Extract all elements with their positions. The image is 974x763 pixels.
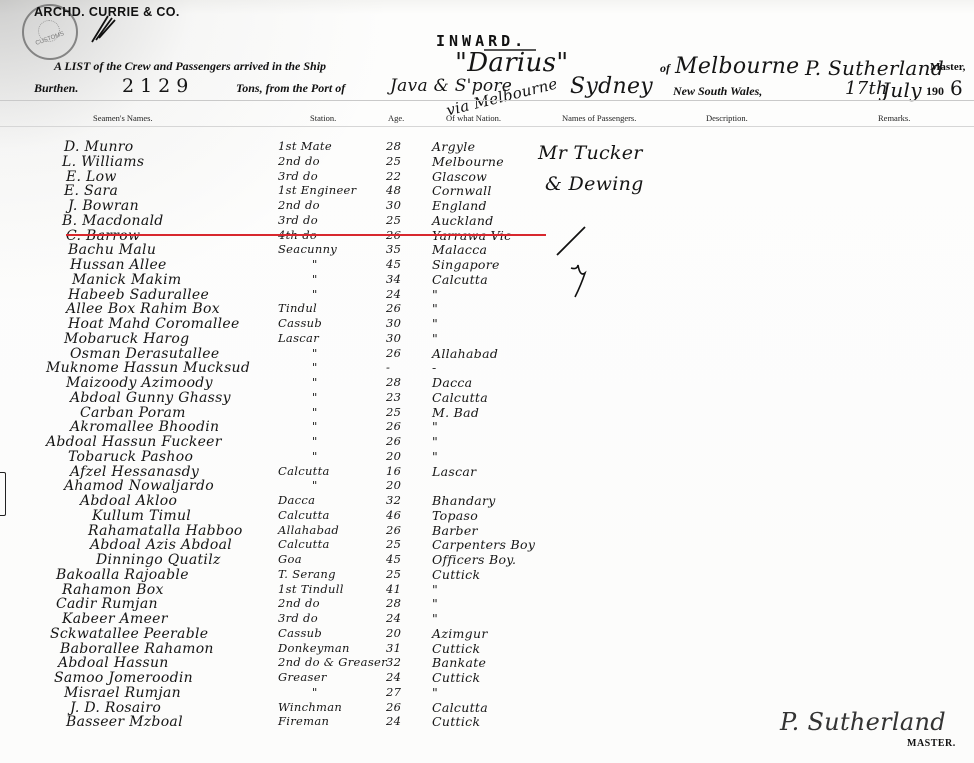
- crew-age: 30: [386, 331, 401, 345]
- crew-nation: ": [432, 316, 438, 331]
- burthen-label: Burthen.: [34, 81, 78, 96]
- crew-station: Goa: [278, 552, 302, 566]
- crew-station: T. Serang: [278, 567, 336, 581]
- crew-age: 24: [386, 611, 401, 625]
- crew-name: L. Williams: [62, 154, 144, 170]
- crew-name: Abdoal Hassun Fuckeer: [46, 434, 222, 450]
- state-label: New South Wales,: [673, 84, 762, 99]
- crew-age: -: [386, 360, 390, 374]
- crew-name: C. Barrow: [66, 228, 140, 244]
- crew-station: ": [312, 360, 318, 374]
- crew-name: Akromallee Bhoodin: [70, 419, 219, 435]
- crew-station: Winchman: [278, 700, 342, 714]
- crew-name: Manick Makim: [72, 272, 181, 288]
- signature-title: MASTER.: [907, 738, 956, 749]
- crew-nation: Barber: [432, 523, 478, 538]
- crew-name: Rahamon Box: [62, 582, 164, 598]
- crew-nation: ": [432, 449, 438, 464]
- crew-name: Samoo Jomeroodin: [54, 670, 193, 686]
- crew-station: Tindul: [278, 301, 317, 315]
- crew-nation: Auckland: [432, 213, 494, 228]
- crew-nation: Argyle: [432, 139, 475, 154]
- col-description: Description.: [706, 113, 748, 123]
- crew-age: 26: [386, 700, 401, 714]
- to-port: Sydney: [570, 74, 653, 99]
- crew-name: Habeeb Sadurallee: [68, 287, 209, 303]
- crew-nation: Cuttick: [432, 714, 480, 729]
- crew-age: 25: [386, 213, 401, 227]
- crew-nation: Cuttick: [432, 670, 480, 685]
- date-month: July: [882, 78, 922, 102]
- col-station: Station.: [310, 113, 336, 123]
- crew-station: Cassub: [278, 316, 322, 330]
- crew-name: D. Munro: [64, 139, 134, 155]
- crew-station: Allahabad: [278, 523, 339, 537]
- ship-name: "Darius": [455, 48, 569, 78]
- burthen-value: 2129: [122, 75, 194, 97]
- crew-name: Abdoal Akloo: [80, 493, 177, 509]
- crew-station: Calcutta: [278, 537, 330, 551]
- crew-name: Osman Derasutallee: [70, 346, 219, 362]
- date-year-handwritten: 6: [950, 76, 963, 100]
- crew-station: 2nd do: [278, 154, 320, 168]
- crew-name: Abdoal Azis Abdoal: [90, 537, 232, 553]
- crew-name: E. Sara: [64, 183, 118, 199]
- master-name: P. Sutherland: [805, 56, 944, 80]
- crew-station: ": [312, 405, 318, 419]
- crew-age: 24: [386, 670, 401, 684]
- list-intro: A LIST of the Crew and Passengers arrive…: [54, 59, 326, 74]
- crew-age: 20: [386, 478, 401, 492]
- crew-age: 25: [386, 567, 401, 581]
- crew-name: Bakoalla Rajoable: [56, 567, 189, 583]
- crew-nation: Lascar: [432, 464, 476, 479]
- crew-name: Kabeer Ameer: [62, 611, 168, 627]
- check-mark-icon: [88, 14, 118, 44]
- crew-age: 31: [386, 641, 401, 655]
- crew-age: 45: [386, 257, 401, 271]
- crew-nation: ": [432, 287, 438, 302]
- crew-name: Mobaruck Harog: [64, 331, 189, 347]
- crew-nation: ": [432, 331, 438, 346]
- column-rule: [0, 126, 974, 127]
- crew-nation: Glascow: [432, 169, 487, 184]
- crew-name: Bachu Malu: [68, 242, 156, 258]
- crew-name: E. Low: [66, 169, 117, 185]
- crew-station: Calcutta: [278, 508, 330, 522]
- crew-nation: ": [432, 434, 438, 449]
- crew-station: Cassub: [278, 626, 322, 640]
- crew-nation: Dacca: [432, 375, 472, 390]
- crew-station: ": [312, 375, 318, 389]
- crew-age: 34: [386, 272, 401, 286]
- crew-name: Maizoody Azimoody: [66, 375, 213, 391]
- crew-age: 20: [386, 626, 401, 640]
- crew-age: 28: [386, 375, 401, 389]
- passenger-name: Mr Tucker: [538, 142, 643, 164]
- crew-name: Kullum Timul: [92, 508, 191, 524]
- col-nation: Of what Nation.: [446, 113, 501, 123]
- crew-nation: ": [432, 582, 438, 597]
- crew-name: J. D. Rosairo: [70, 700, 161, 716]
- crew-age: 26: [386, 301, 401, 315]
- crew-station: 3rd do: [278, 169, 318, 183]
- crew-nation: Allahabad: [432, 346, 498, 361]
- crew-nation: Azimgur: [432, 626, 488, 641]
- crew-age: 25: [386, 154, 401, 168]
- crew-name: Misrael Rumjan: [64, 685, 181, 701]
- crew-station: Calcutta: [278, 464, 330, 478]
- crew-nation: Calcutta: [432, 272, 488, 287]
- crew-age: 26: [386, 346, 401, 360]
- crew-age: 24: [386, 714, 401, 728]
- crew-nation: Cuttick: [432, 641, 480, 656]
- crew-station: Seacunny: [278, 242, 337, 256]
- col-remarks: Remarks.: [878, 113, 910, 123]
- crew-age: 28: [386, 596, 401, 610]
- crew-age: 48: [386, 183, 401, 197]
- crew-name: Muknome Hassun Mucksud: [46, 360, 250, 376]
- crew-nation: Carpenters Boy: [432, 537, 535, 552]
- red-underline: [66, 234, 546, 236]
- crew-station: Lascar: [278, 331, 319, 345]
- tons-label: Tons, from the Port of: [236, 81, 345, 96]
- crew-station: 2nd do & Greaser: [278, 655, 387, 669]
- crew-name: Dinningo Quatilz: [96, 552, 221, 568]
- crew-nation: England: [432, 198, 487, 213]
- master-signature: P. Sutherland: [780, 708, 946, 736]
- crew-station: ": [312, 434, 318, 448]
- crew-age: 16: [386, 464, 401, 478]
- crew-station: Dacca: [278, 493, 315, 507]
- crew-age: 28: [386, 139, 401, 153]
- crew-nation: Officers Boy.: [432, 552, 516, 567]
- crew-age: 22: [386, 169, 401, 183]
- crew-nation: ": [432, 596, 438, 611]
- crew-station: 1st Engineer: [278, 183, 356, 197]
- crew-name: Rahamatalla Habboo: [88, 523, 243, 539]
- crew-station: Donkeyman: [278, 641, 350, 655]
- crew-station: 3rd do: [278, 611, 318, 625]
- crew-station: 2nd do: [278, 198, 320, 212]
- crew-name: Basseer Mzboal: [66, 714, 183, 730]
- crew-nation: ": [432, 611, 438, 626]
- crew-nation: Topaso: [432, 508, 478, 523]
- crew-nation: Calcutta: [432, 700, 488, 715]
- crew-station: 3rd do: [278, 213, 318, 227]
- crew-nation: Bhandary: [432, 493, 496, 508]
- crew-age: 26: [386, 523, 401, 537]
- crew-age: 46: [386, 508, 401, 522]
- col-passengers: Names of Passengers.: [562, 113, 636, 123]
- master-label: Master,: [930, 61, 965, 73]
- crew-age: 32: [386, 493, 401, 507]
- col-age: Age.: [388, 113, 404, 123]
- crew-age: 41: [386, 582, 401, 596]
- crew-nation: Cuttick: [432, 567, 480, 582]
- crew-nation: Malacca: [432, 242, 487, 257]
- crew-nation: Calcutta: [432, 390, 488, 405]
- crew-age: 32: [386, 655, 401, 669]
- crew-nation: Bankate: [432, 655, 486, 670]
- crew-name: J. Bowran: [68, 198, 139, 214]
- date-year-printed: 190: [926, 84, 944, 99]
- crew-age: 24: [386, 287, 401, 301]
- crew-nation: -: [432, 360, 437, 375]
- crew-station: ": [312, 449, 318, 463]
- passenger-tally-mark: [555, 225, 605, 300]
- crew-station: ": [312, 346, 318, 360]
- crew-name: Abdoal Gunny Ghassy: [70, 390, 231, 406]
- crew-station: ": [312, 390, 318, 404]
- crew-name: Sckwatallee Peerable: [50, 626, 208, 642]
- crew-station: ": [312, 287, 318, 301]
- header-rule: [0, 100, 974, 101]
- col-seamen-names: Seamen's Names.: [93, 113, 153, 123]
- margin-bracket: [0, 472, 6, 516]
- crew-station: ": [312, 257, 318, 271]
- crew-name: Ahamod Nowaljardo: [64, 478, 214, 494]
- crew-station: 1st Tindull: [278, 582, 344, 596]
- crew-nation: Cornwall: [432, 183, 492, 198]
- crew-age: 45: [386, 552, 401, 566]
- crew-age: 27: [386, 685, 401, 699]
- crew-age: 26: [386, 434, 401, 448]
- of-label: of: [660, 61, 670, 76]
- crew-nation: Singapore: [432, 257, 500, 272]
- crew-name: Carban Poram: [80, 405, 186, 421]
- document-page: CUSTOMS ARCHD. CURRIE & CO. INWARD. A LI…: [0, 0, 974, 763]
- crew-station: ": [312, 685, 318, 699]
- crew-station: Fireman: [278, 714, 329, 728]
- crew-name: Afzel Hessanasdy: [70, 464, 199, 480]
- crew-name: Baborallee Rahamon: [60, 641, 214, 657]
- crew-age: 26: [386, 419, 401, 433]
- crew-nation: ": [432, 685, 438, 700]
- crew-name: Hussan Allee: [70, 257, 167, 273]
- crew-name: Tobaruck Pashoo: [68, 449, 193, 465]
- crew-age: 23: [386, 390, 401, 404]
- crew-station: ": [312, 419, 318, 433]
- home-port: Melbourne: [675, 54, 799, 79]
- crew-age: 20: [386, 449, 401, 463]
- crew-age: 30: [386, 198, 401, 212]
- crew-station: ": [312, 272, 318, 286]
- crew-station: 2nd do: [278, 596, 320, 610]
- crew-name: Hoat Mahd Coromallee: [68, 316, 240, 332]
- crew-nation: ": [432, 301, 438, 316]
- crew-age: 25: [386, 405, 401, 419]
- crew-name: B. Macdonald: [62, 213, 164, 229]
- crew-name: Cadir Rumjan: [56, 596, 158, 612]
- crew-nation: ": [432, 419, 438, 434]
- crew-station: ": [312, 478, 318, 492]
- crew-name: Abdoal Hassun: [58, 655, 169, 671]
- crew-age: 30: [386, 316, 401, 330]
- crew-nation: M. Bad: [432, 405, 479, 420]
- crew-station: Greaser: [278, 670, 327, 684]
- passenger-name: & Dewing: [545, 173, 644, 195]
- crew-nation: Melbourne: [432, 154, 504, 169]
- crew-name: Allee Box Rahim Box: [66, 301, 220, 317]
- crew-station: 1st Mate: [278, 139, 332, 153]
- crew-age: 25: [386, 537, 401, 551]
- crew-age: 35: [386, 242, 401, 256]
